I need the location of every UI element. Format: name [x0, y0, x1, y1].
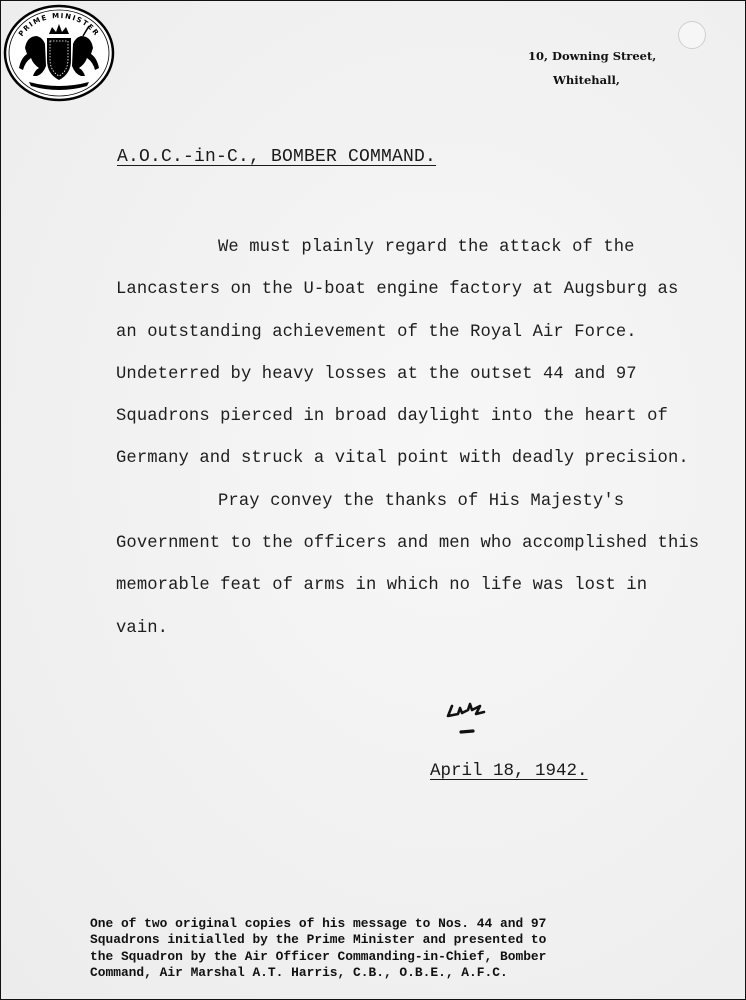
address-line-1: 10, Downing Street, [528, 44, 656, 68]
caption-line: Command, Air Marshal A.T. Harris, C.B., … [90, 965, 546, 981]
letter-body: We must plainly regard the attack of the… [116, 227, 736, 650]
caption-line: One of two original copies of his messag… [90, 916, 546, 932]
handwritten-initials-signature-icon [446, 698, 506, 743]
body-line: Pray convey the thanks of His Majesty's [116, 481, 736, 523]
caption-line: Squadrons initialled by the Prime Minist… [90, 932, 546, 948]
address-line-2: Whitehall, [528, 68, 656, 92]
body-line: Germany and struck a vital point with de… [116, 438, 736, 480]
body-line: an outstanding achievement of the Royal … [116, 312, 736, 354]
body-line: memorable feat of arms in which no life … [116, 565, 736, 607]
body-line: Lancasters on the U-boat engine factory … [116, 269, 736, 311]
caption-line: the Squadron by the Air Officer Commandi… [90, 949, 546, 965]
letter-page: PRIME MINISTER 10, Downing Street, White… [0, 0, 746, 1000]
body-line: Government to the officers and men who a… [116, 523, 736, 565]
body-line: Squadrons pierced in broad daylight into… [116, 396, 736, 438]
recipient-heading: A.O.C.-in-C., BOMBER COMMAND. [117, 147, 436, 167]
royal-coat-of-arms-seal-icon: PRIME MINISTER [3, 4, 115, 102]
body-line: vain. [116, 608, 736, 650]
body-line: We must plainly regard the attack of the [116, 227, 736, 269]
body-line: Undeterred by heavy losses at the outset… [116, 354, 736, 396]
letter-date: April 18, 1942. [430, 761, 588, 781]
punch-hole-mark [678, 21, 706, 49]
letterhead-address: 10, Downing Street, Whitehall, [528, 44, 656, 92]
photo-caption: One of two original copies of his messag… [90, 916, 546, 982]
